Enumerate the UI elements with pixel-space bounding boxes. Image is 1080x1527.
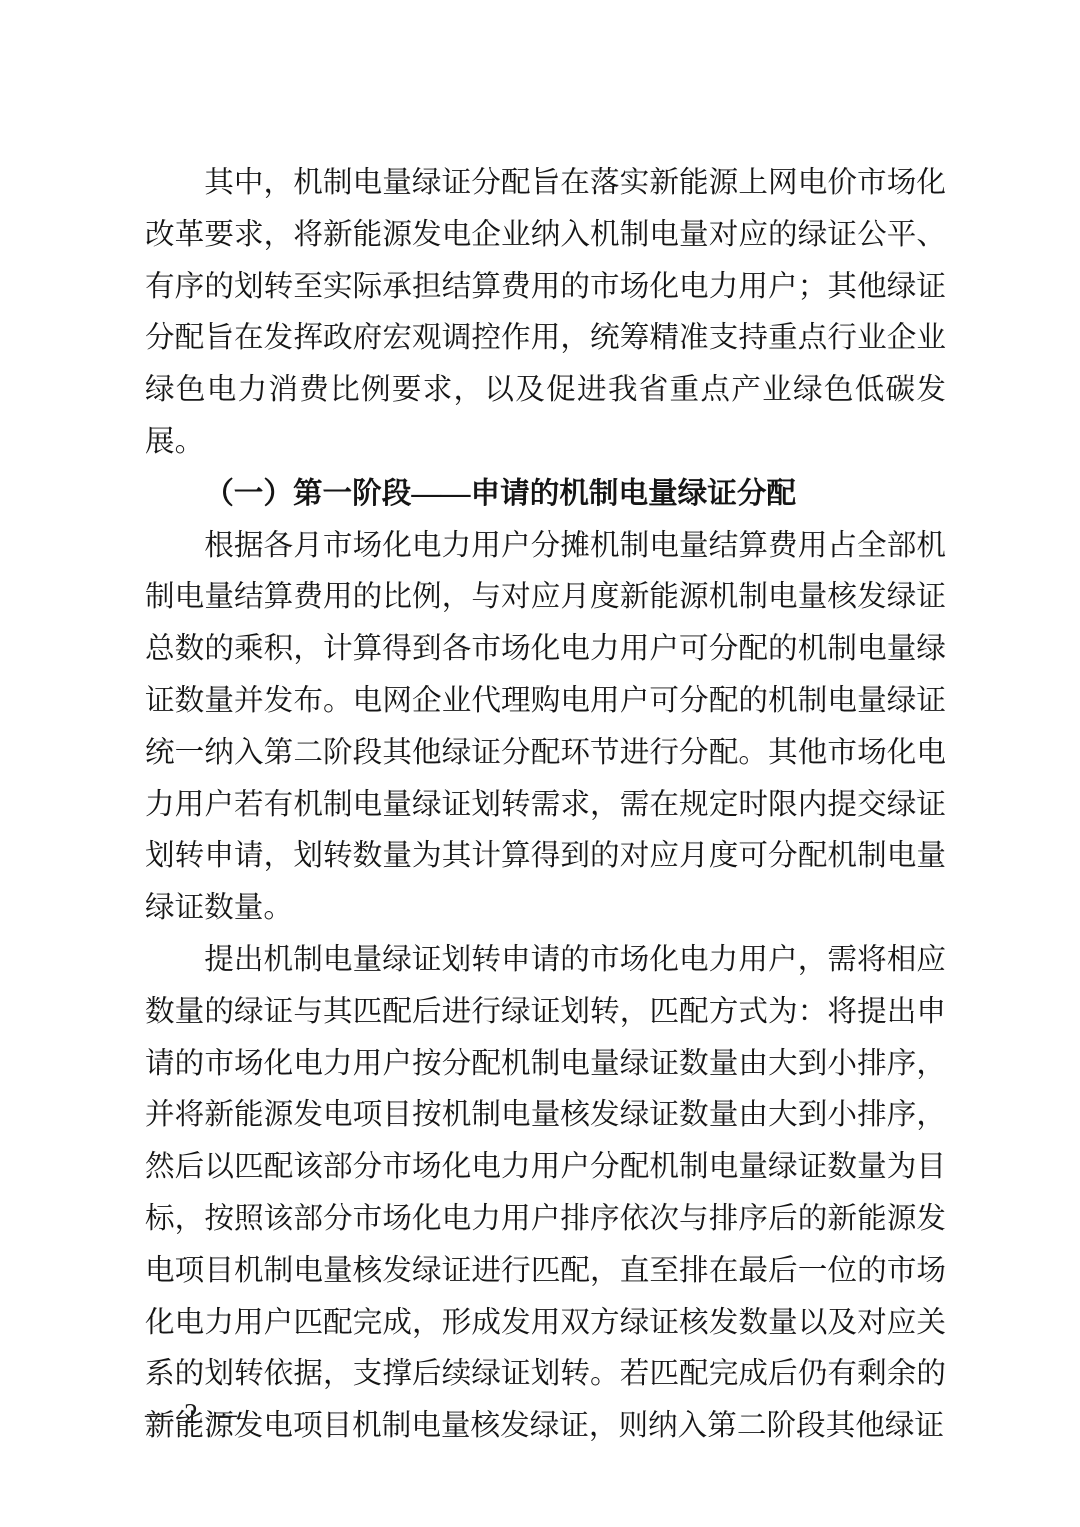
heading-stage-one-applied-mechanism-green-cert-allocation: （一）第一阶段——申请的机制电量绿证分配: [145, 469, 946, 521]
document-body: 其中，机制电量绿证分配旨在落实新能源上网电价市场化改革要求，将新能源发电企业纳入…: [145, 158, 946, 1453]
document-page: 其中，机制电量绿证分配旨在落实新能源上网电价市场化改革要求，将新能源发电企业纳入…: [0, 0, 1080, 1527]
paragraph-stage-one-calculation-and-publication: 根据各月市场化电力用户分摊机制电量结算费用占全部机制电量结算费用的比例，与对应月…: [145, 521, 946, 935]
paragraph-matching-method-for-transfer-applications: 提出机制电量绿证划转申请的市场化电力用户，需将相应数量的绿证与其匹配后进行绿证划…: [145, 935, 946, 1453]
page-number: — 2 —: [145, 1398, 239, 1432]
paragraph-green-cert-allocation-purpose: 其中，机制电量绿证分配旨在落实新能源上网电价市场化改革要求，将新能源发电企业纳入…: [145, 158, 946, 469]
